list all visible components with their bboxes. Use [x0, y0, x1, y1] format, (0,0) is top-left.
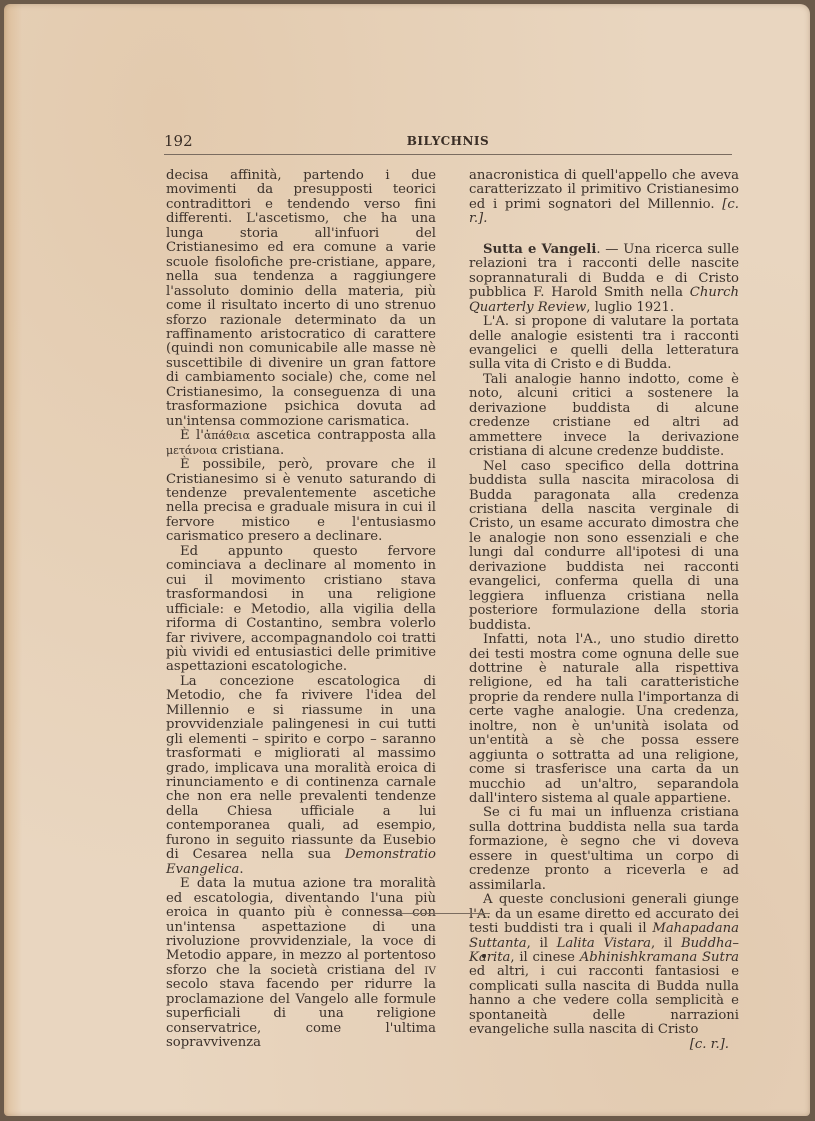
- roman-numeral: IV: [424, 965, 436, 977]
- section-paragraph: Sutta e Vangeli. — Una ricerca sulle rel…: [469, 243, 739, 315]
- book-page: 192 BILYCHNIS decisa affinità, partendo …: [4, 4, 810, 1116]
- paragraph: anacronistica di quell'appello che aveva…: [469, 169, 739, 227]
- right-column: anacronistica di quell'appello che aveva…: [469, 169, 739, 1052]
- text-run: È l': [180, 428, 204, 443]
- text-title: Lalita Vistara: [557, 936, 651, 951]
- paragraph: A queste conclusioni generali giunge l'A…: [469, 893, 739, 1052]
- text-run: anacronistica di quell'appello che aveva…: [469, 168, 739, 212]
- author-signature: [c. r.].: [469, 1038, 739, 1052]
- left-column: decisa affinità, partendo i due moviment…: [166, 169, 436, 1051]
- paragraph: Infatti, nota l'A., uno studio diretto d…: [469, 633, 739, 806]
- paragraph: L'A. si propone di valutare la portata d…: [469, 315, 739, 373]
- text-run: secolo stava facendo per ridurre la proc…: [166, 977, 436, 1050]
- text-run: , il: [651, 936, 681, 951]
- text-title: Abhinishkramana Sutra: [580, 950, 739, 965]
- paragraph: Se ci fu mai un influenza cristiana sull…: [469, 806, 739, 893]
- paragraph: È l'ἀπάθεια ascetica contrapposta alla μ…: [166, 429, 436, 458]
- text-run: , il: [527, 936, 557, 951]
- text-run: , il cinese: [510, 950, 579, 965]
- paragraph: Ed appunto questo fervore cominciava a d…: [166, 545, 436, 675]
- text-run: E data la mutua azione tra moralità ed e…: [166, 876, 436, 978]
- text-run: .: [239, 862, 243, 877]
- text-run: ascetica contrapposta alla: [250, 428, 436, 443]
- end-rule: [392, 913, 490, 914]
- greek-term: μετάνοια: [166, 444, 217, 457]
- ink-speck: [482, 954, 486, 958]
- text-run: La concezione escatologica di Metodio, c…: [166, 674, 436, 862]
- paragraph: E data la mutua azione tra moralità ed e…: [166, 877, 436, 1050]
- greek-term: ἀπάθεια: [204, 429, 250, 442]
- text-run: , luglio 1921.: [586, 300, 674, 315]
- paragraph: La concezione escatologica di Metodio, c…: [166, 675, 436, 877]
- section-title: Sutta e Vangeli: [483, 242, 596, 257]
- text-run: ed altri, i cui racconti fantasiosi e co…: [469, 964, 739, 1037]
- paragraph: È possibile, però, provare che il Cristi…: [166, 458, 436, 545]
- paragraph: Nel caso specifico della dottrina buddis…: [469, 460, 739, 633]
- text-run: cristiana.: [217, 443, 284, 458]
- paragraph: decisa affinità, partendo i due moviment…: [166, 169, 436, 429]
- paragraph: Tali analogie hanno indotto, come è noto…: [469, 373, 739, 460]
- running-head: 192 BILYCHNIS: [164, 132, 732, 155]
- journal-title: BILYCHNIS: [164, 134, 732, 148]
